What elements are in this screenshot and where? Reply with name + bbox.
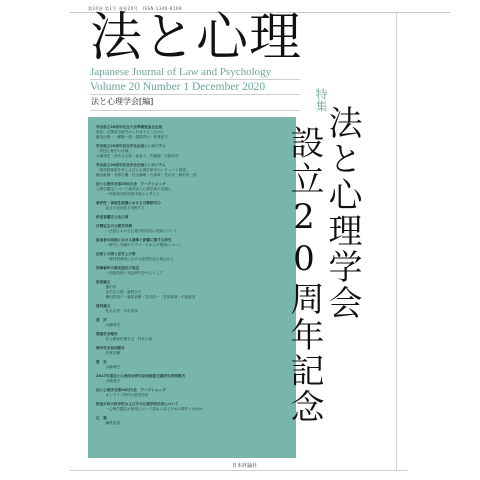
toc-entry-detail: 一法廷における心理学的知見の実際について [96,229,290,234]
toc-entry-detail: 一研究と実務のアプローチからの整理について [96,243,290,248]
toc-entry: 刑事事件の事実認定の周辺 一面接技術と実証研究を中心として [96,266,290,276]
toc-entry-detail: 大橋靖史 [96,365,290,370]
toc-entry-detail: 厳島行雄・一瀬敬一郎・越智啓太・仲真紀子 [96,135,290,140]
feature-title-col2: 設立20周年記念 [286,125,322,425]
toc-entry-detail: 若林宏輔 [96,351,290,356]
toc-entry-detail: 大橋靖史 [96,323,290,328]
toc-entry-detail: 編集委員 [96,421,290,426]
toc-entry: 関連学会報告 法と精神医療学会 村松太郎 [96,332,290,342]
toc-entry: 法と心理学会第20回大会 ワークショップ オンライン時代の供述分析 [96,388,290,398]
editor-credit: 法と心理学会[編] [91,96,153,107]
bottom-rule [70,470,408,471]
toc-entry: 2017年度法と心理学会研究助成制度支援研究成果報告 大橋靖史 [96,374,290,384]
toc-entry: 目撃証言の心理学評価 一法廷における心理学的知見の実際について [96,224,290,234]
toc-entry: 海外学会参加報告 若林宏輔 [96,346,290,356]
toc-entry-detail: 横田賀英子・藤原直樹・宮沢浩一・宮田真理・中坂絵美 [96,295,290,300]
toc-entry: 供述者鑑定と法心理 [96,215,290,220]
toc-entry: 学会設立20周年記念学会企画シンポジウム「裁判員制度を考える法と心理学研究のレビ… [96,163,290,178]
toc-entry: 法と心理学会第20回大会 ワークショップ心理学鑑定について裁判官と心理学者の見通… [96,182,290,197]
journal-subtitle-en: Japanese Journal of Law and Psychology [90,66,271,78]
toc-entry: 法律との関と思考上の罪 一裁判員裁判における証明を巡る視点から [96,252,290,262]
toc-entry: 学会設立20周年記念大会準備委員会企画座談：目撃証言研究のこれまでとこれから厳島… [96,125,290,140]
publisher: 日本評論社 [232,462,257,469]
toc-entry: 事件性・事故性認識における目撃研究の 証言の信用性を判断する [96,201,290,211]
toc-entry: 広 報 編集委員 [96,416,290,426]
toc-entry: 原著論文 藤田孝 高木光太郎・藤野京子 横田賀英子・藤原直樹・宮沢浩一・宮田真理… [96,280,290,300]
toc-entry-detail: 一裁判員裁判における証明を巡る視点から [96,257,290,262]
volume-line: Volume 20 Number 1 December 2020 [90,79,300,95]
toc-entry-detail: 松本克美・川本哲郎 [96,309,290,314]
toc-entry: 学会設立20周年記念学会企画シンポジウム「供述心理学の評価」大橋靖史・高木光太郎… [96,144,290,159]
toc-entry-detail: 証言の信用性を判断する [96,206,290,211]
toc-entry-detail: 藤田政博・若林宏輔・村山満明・石塚章・荒川歩・綿村英一郎 [96,173,290,178]
toc-entry: 書 評 大橋靖史 [96,318,290,328]
right-vertical-rule [396,12,397,470]
toc-entry: 書 告 大橋靖史 [96,360,290,370]
toc-entry-detail: 法と精神医療学会 村松太郎 [96,337,290,342]
toc-entry-detail: 大橋靖史 [96,379,290,384]
toc-entry-detail: 一面接技術と実証研究を中心として [96,271,290,276]
toc-entry: 参加者の面接における誘導と影響に関する研究 一研究と実務のアプローチからの整理に… [96,238,290,248]
table-of-contents: 学会設立20周年記念大会準備委員会企画座談：目撃証言研究のこれまでとこれから厳島… [88,117,296,458]
toc-entry-title: 供述者鑑定と法心理 [96,215,290,220]
toc-entry-detail: オンライン時代の供述分析 [96,393,290,398]
journal-title: 法と心理 [90,10,302,66]
feature-title-col1: 法と心理学会 [324,105,360,321]
toc-entry: 資料論文 松本克美・川本哲郎 [96,304,290,314]
editor-rule [90,110,300,111]
toc-entry-detail: 大橋靖史・高木光太郎・森直人・佐藤健・石橋昌彦 [96,154,290,159]
toc-entry: 供述分析の科学性およびその心理学的応用について 一心理学鑑定が裁判において認めら… [96,402,290,412]
toc-entry-detail: 一心理学鑑定が裁判において認められるための要件とは何か [96,407,290,412]
toc-entry-detail: 一刑事裁判を刑事手続から考える [96,192,290,197]
